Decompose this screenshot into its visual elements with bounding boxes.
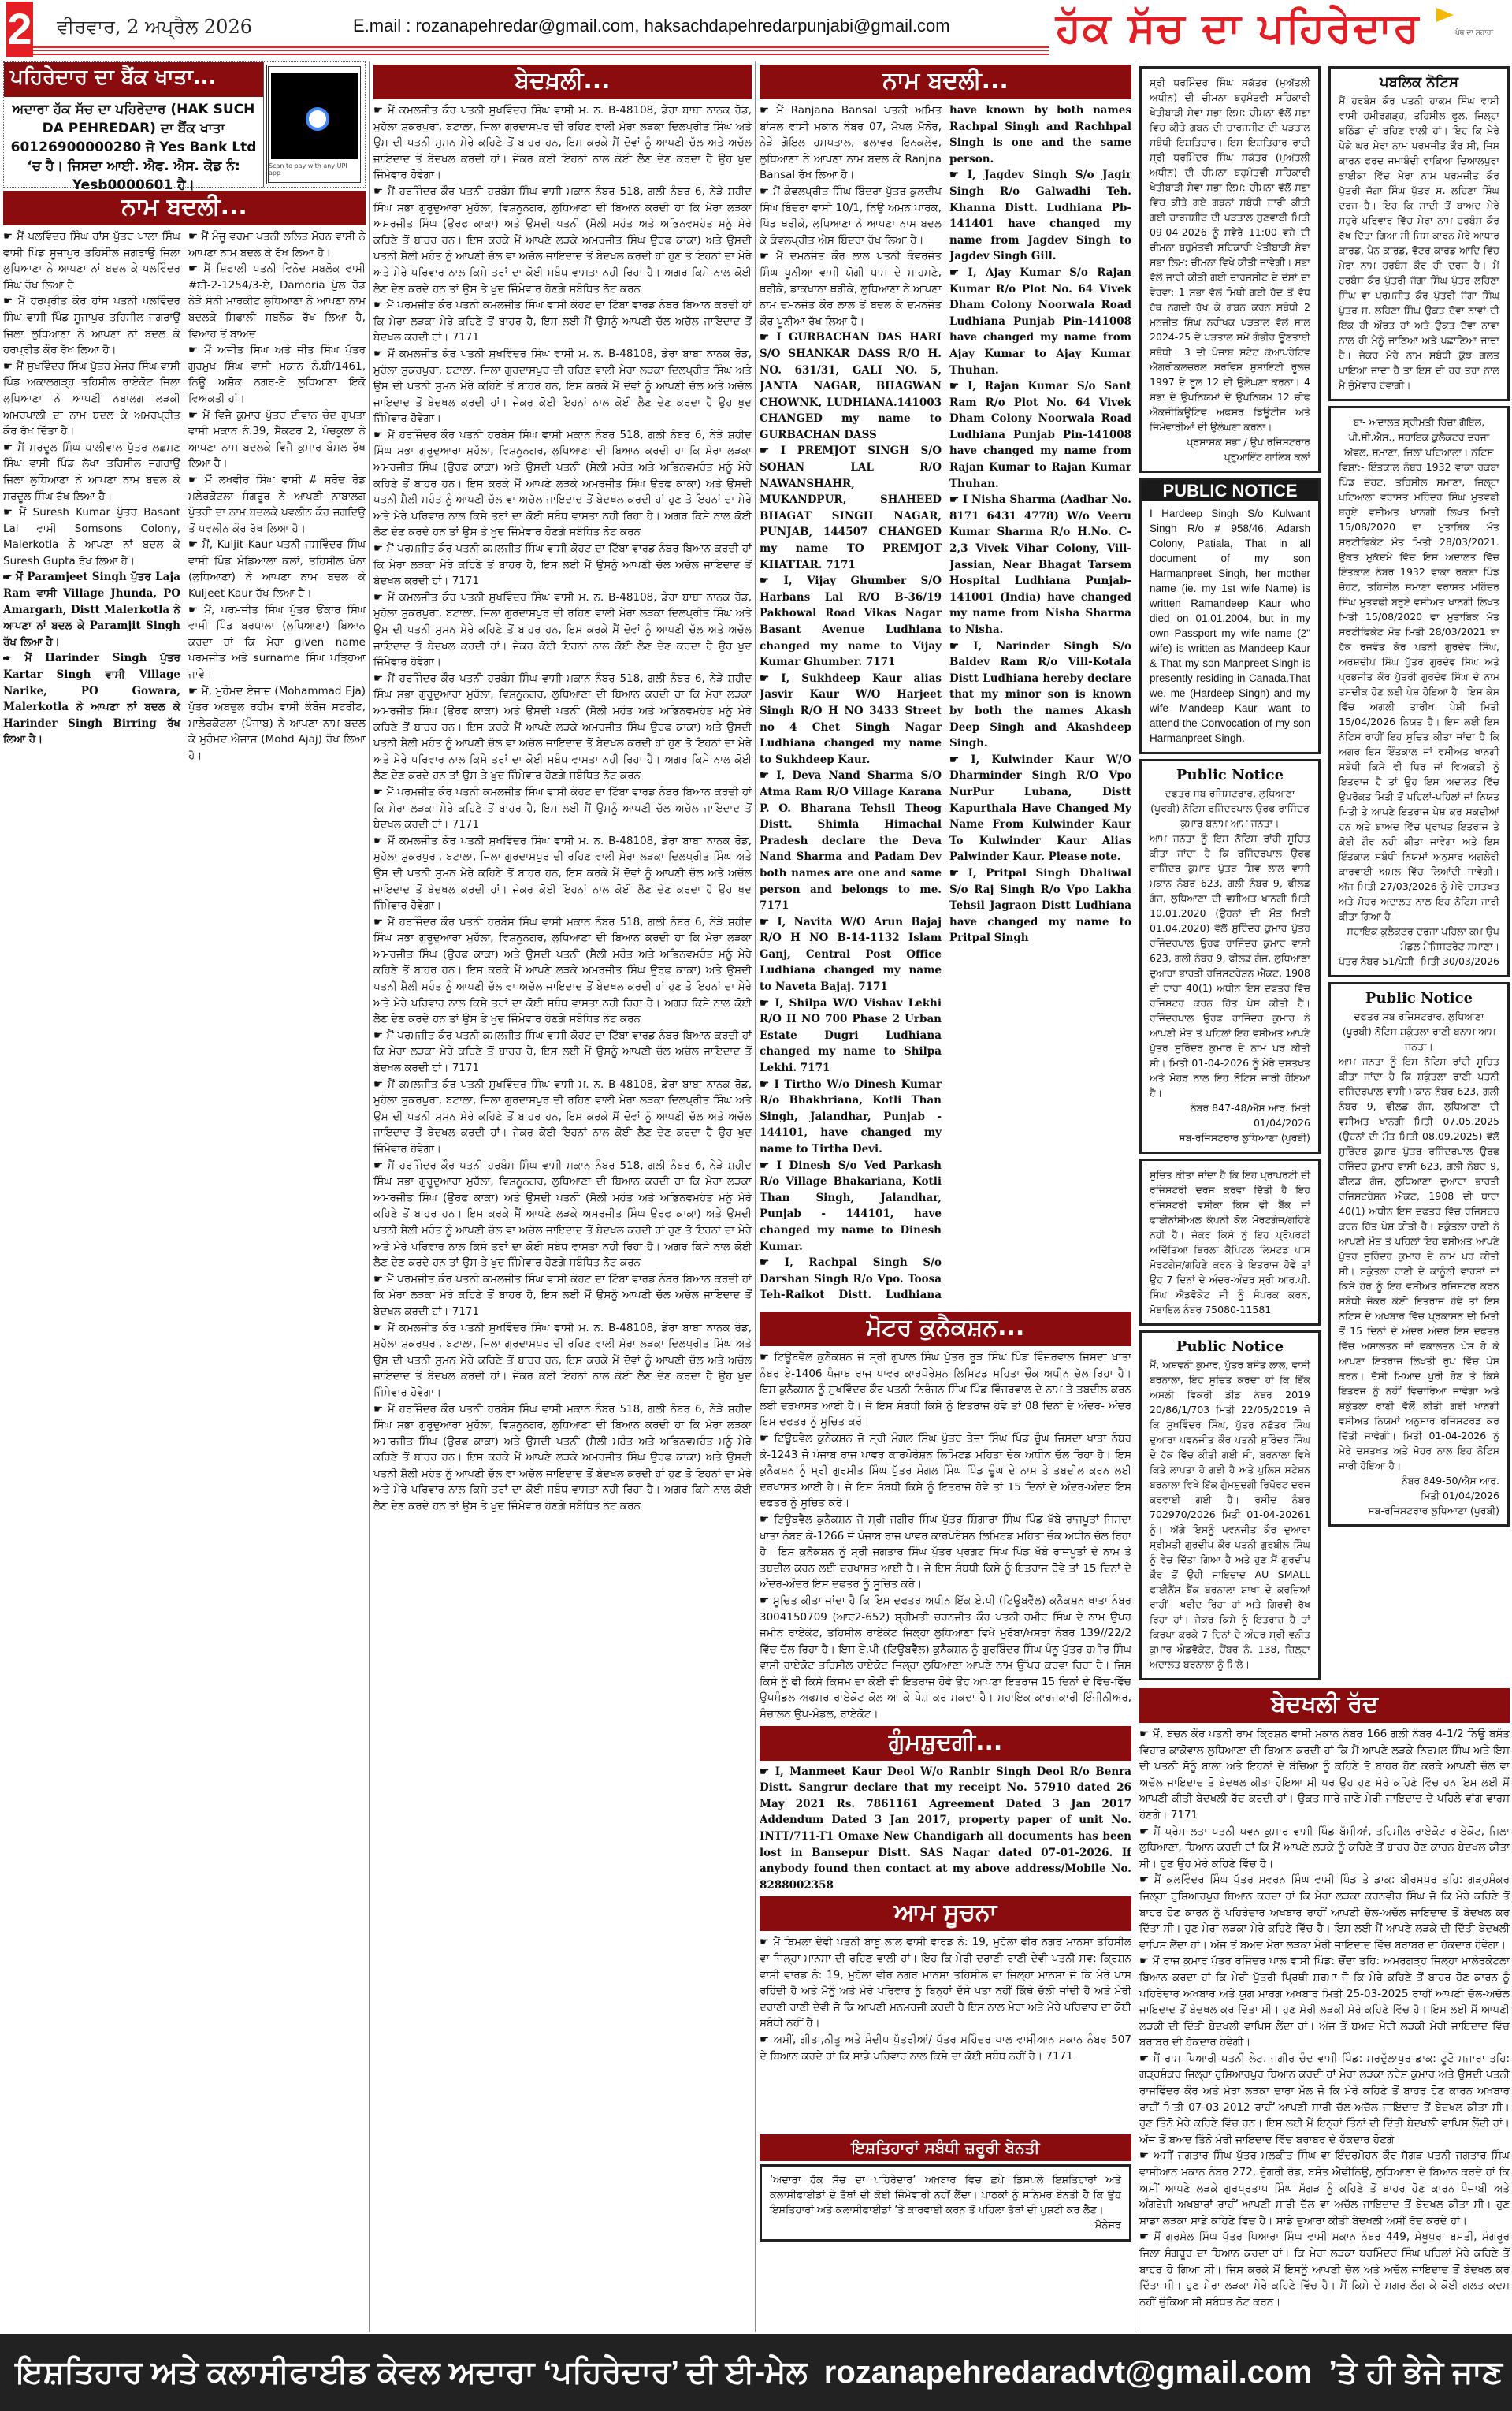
- bank-title: ਪਹਿਰੇਦਾਰ ਦਾ ਬੈਂਕ ਖਾਤਾ...: [4, 62, 263, 97]
- notice-text: ਮੈਂ, ਅਸ਼ਵਨੀ ਕੁਮਾਰ, ਪੁੱਤਰ ਬਸੰਤ ਲਾਲ, ਵਾਸੀ …: [1150, 1357, 1310, 1672]
- notices-grid: ਸ੍ਰੀ ਧਰਮਿੰਦਰ ਸਿੰਘ ਸਕੱਤਰ (ਮੁਅੱਤਲੀ ਅਧੀਨ) ਦ…: [1139, 61, 1510, 1685]
- section-header-general-notice: ਆਮ ਸੂਚਨਾ: [760, 1896, 1131, 1931]
- court-notice-ref: ਪੱਤਰ ਨੰਬਰ 51/ਪੇਸ਼ੀ: [1339, 954, 1414, 969]
- section-header-eviction: ਬੇਦਖ਼ਲੀ...: [373, 65, 752, 99]
- court-notice-head: ਬਾ- ਅਦਾਲਤ ਸ੍ਰੀਮਤੀ ਰਿਚਾ ਗੋਇਲ, ਪੀ.ਸੀ.ਐਸ., …: [1339, 415, 1499, 460]
- bank-account-box: ਪਹਿਰੇਦਾਰ ਦਾ ਬੈਂਕ ਖਾਤਾ... ਅਦਾਰਾ ਹੱਕ ਸੱਚ ਦ…: [3, 61, 366, 188]
- list-item: ਮੈਂ ਹਰਜਿੰਦਰ ਕੌਰ ਪਤਨੀ ਹਰਬੰਸ ਸਿੰਘ ਵਾਸੀ ਮਕਾ…: [373, 1401, 752, 1515]
- list-item: ਅਸੀਂ ਜਗਤਾਰ ਸਿੰਘ ਪੁੱਤਰ ਮਲਕੀਤ ਸਿੰਘ ਵਾ ਇੰਦਰ…: [1139, 2148, 1510, 2229]
- public-notice-barnala: Public Notice ਮੈਂ, ਅਸ਼ਵਨੀ ਕੁਮਾਰ, ਪੁੱਤਰ ਬ…: [1139, 1330, 1321, 1680]
- list-item: ਅਸੀਂ, ਗੀਤਾ,ਨੀਤੂ ਅਤੇ ਸੰਦੀਪ ਪੁੱਤਰੀਆਂ/ ਪੁੱਤ…: [760, 2032, 1131, 2064]
- list-item: ਮੈਂ ਕਮਲਜੀਤ ਕੌਰ ਪਤਨੀ ਸੁਖਵਿੰਦਰ ਸਿੰਘ ਵਾਸੀ ਮ…: [373, 590, 752, 671]
- notice-subtitle: ਦਫਤਰ ਸਬ ਰਜਿਸਟਰਾਰ, ਲੁਧਿਆਣਾ (ਪੂਰਬੀ) ਨੋਟਿਸ …: [1339, 1009, 1499, 1054]
- missing-list: I, Manmeet Kaur Deol W/o Ranbir Singh De…: [760, 1764, 1131, 1894]
- list-item: I, Navita W/O Arun Bajaj R/O H NO B-14-1…: [760, 914, 942, 995]
- list-item: ਮੈਂ, Kuljit Kaur ਪਤਨੀ ਜਸਵਿੰਦਰ ਸਿੰਘ ਵਾਸੀ …: [188, 537, 366, 601]
- list-item: I PREMJOT SINGH S/O SOHAN LAL R/O NAWANS…: [760, 443, 942, 573]
- list-item: ਮੈਂ ਹਰਪ੍ਰੀਤ ਕੌਰ ਹਾਂਸ ਪਤਨੀ ਪਲਵਿੰਦਰ ਸਿੰਘ ਵ…: [3, 293, 180, 358]
- notice-title: Public Notice: [1339, 991, 1499, 1006]
- court-notice-date: ਮਿਤੀ 30/03/2026: [1421, 954, 1499, 969]
- list-item: ਮੈਂ ਕਮਲਜੀਤ ਕੌਰ ਪਤਨੀ ਸੁਖਵਿੰਦਰ ਸਿੰਘ ਵਾਸੀ ਮ…: [373, 1077, 752, 1158]
- notice-title: ਪਬਲਿਕ ਨੋਟਿਸ: [1339, 75, 1499, 90]
- list-item: ਮੈਂ ਕੰਵਲਪ੍ਰੀਤ ਸਿੰਘ ਬਿੰਦਰਾ ਪੁੱਤਰ ਕੁਲਦੀਪ ਸ…: [760, 184, 942, 248]
- motor-connection-list: ਟਿਊਬਵੈਲ ਕੁਨੈਕਸ਼ਨ ਜੋ ਸ੍ਰੀ ਗੁਪਾਲ ਸਿੰਘ ਪੁੱਤ…: [760, 1349, 1131, 1723]
- list-item: ਮੈਂ ਸੁਖਵਿੰਦਰ ਸਿੰਘ ਪੁੱਤਰ ਮੇਜਰ ਸਿੰਘ ਵਾਸੀ ਪ…: [3, 359, 180, 440]
- footer-email-link[interactable]: rozanapehredaradvt@gmail.com: [824, 2355, 1312, 2390]
- list-item: ਮੈਂ Harinder Singh ਪੁੱਤਰ Kartar Singh ਵਾ…: [3, 650, 180, 748]
- name-change-list-2: ਮੈਂ Ranjana Bansal ਪਤਨੀ ਅਮਿਤ ਬਾਂਸਲ ਵਾਸੀ …: [760, 102, 1131, 1308]
- court-notice-sign: ਸਹਾਇਕ ਕੁਲੈਕਟਰ ਦਰਜਾ ਪਹਿਲਾ ਕਮ ਉਪ ਮੰਡਲ ਮੈਜਿ…: [1339, 924, 1499, 954]
- public-notice-heading: PUBLIC NOTICE: [1142, 480, 1318, 501]
- list-item: ਮੈਂ ਹਰਜਿੰਦਰ ਕੌਰ ਪਤਨੀ ਹਰਬੰਸ ਸਿੰਘ ਵਾਸੀ ਮਕਾ…: [373, 671, 752, 784]
- public-notice-shakuntla: Public Notice ਦਫਤਰ ਸਬ ਰਜਿਸਟਰਾਰ, ਲੁਧਿਆਣਾ …: [1328, 982, 1510, 1527]
- footer-text: ਇਸ਼ਤਿਹਾਰ ਅਤੇ ਕਲਾਸੀਫਾਈਡ ਕੇਵਲ ਅਦਾਰਾ ‘ਪਹਿਰੇ…: [16, 2355, 808, 2390]
- list-item: ਮੈਂ, ਬਚਨ ਕੌਰ ਪਤਨੀ ਰਾਮ ਕ੍ਰਿਸ਼ਨ ਵਾਸੀ ਮਕਾਨ …: [1139, 1726, 1510, 1824]
- eviction-cancel-list: ਮੈਂ, ਬਚਨ ਕੌਰ ਪਤਨੀ ਰਾਮ ਕ੍ਰਿਸ਼ਨ ਵਾਸੀ ਮਕਾਨ …: [1139, 1726, 1510, 2310]
- list-item: ਟਿਊਬਵੈਲ ਕੁਨੈਕਸ਼ਨ ਜੋ ਸ੍ਰੀ ਜਗੀਰ ਸਿੰਘ ਪੁੱਤਰ…: [760, 1512, 1131, 1593]
- list-item: I, Shilpa W/O Vishav Lekhi R/O H NO 700 …: [760, 995, 942, 1077]
- list-item: I, Deva Nand Sharma S/O Atma Ram R/O Vil…: [760, 768, 942, 913]
- page-number: 2: [6, 2, 33, 57]
- cooperative-notice-sign: ਪ੍ਰਸ਼ਾਸਕ ਸਭਾ / ਉਪ ਰਜਿਸਟਰਾਰ ਪ੍ਰੁਆਇੰਟ ਗਾਲਿ…: [1150, 434, 1310, 464]
- list-item: ਮੈਂ ਪਰਮਜੀਤ ਕੌਰ ਪਤਨੀ ਕਮਲਜੀਤ ਸਿੰਘ ਵਾਸੀ ਕੋਹ…: [373, 297, 752, 346]
- list-item: ਮੈਂ ਪਰਮਜੀਤ ਕੌਰ ਪਤਨੀ ਕਮਲਜੀਤ ਸਿੰਘ ਵਾਸੀ ਕੋਹ…: [373, 1028, 752, 1077]
- column-divider: [755, 61, 756, 2332]
- logo-text: ਹੱਕ ਸੱਚ ਦਾ ਪਹਿਰੇਦਾਰ: [1056, 5, 1421, 52]
- notice-subtitle: ਦਫਤਰ ਸਬ ਰਜਿਸਟਰਾਰ, ਲੁਧਿਆਣਾ (ਪੂਰਬੀ) ਨੋਟਿਸ …: [1150, 786, 1310, 831]
- list-item: I, Rajan Kumar S/o Sant Ram R/o Plot No.…: [949, 378, 1131, 492]
- column-4: ਸ੍ਰੀ ਧਰਮਿੰਦਰ ਸਿੰਘ ਸਕੱਤਰ (ਮੁਅੱਤਲੀ ਅਧੀਨ) ਦ…: [1139, 61, 1510, 2332]
- list-item: ਮੈਂ ਅਜੀਤ ਸਿੰਘ ਅਤੇ ਜੀਤ ਸਿੰਘ ਪੁੱਤਰ ਗੁਰਮੁਖ …: [188, 342, 366, 407]
- list-item: ਮੈਂ ਦਮਨਜੋਤ ਕੌਰ ਲਾਲ ਪਤਨੀ ਕੰਵਰਜੋਤ ਸਿੰਘ ਪੂਨ…: [760, 248, 942, 329]
- list-item: ਮੈਂ ਹਰਜਿੰਦਰ ਕੌਰ ਪਤਨੀ ਹਰਬੰਸ ਸਿੰਘ ਵਾਸੀ ਮਕਾ…: [373, 184, 752, 297]
- list-item: ਮੈਂ, ਮੁਹੰਮਦ ਏਜਾਜ਼ (Mohammad Eja) ਪੁੱਤਰ ਅ…: [188, 683, 366, 765]
- column-2: ਬੇਦਖ਼ਲੀ... ਮੈਂ ਕਮਲਜੀਤ ਕੌਰ ਪਤਨੀ ਸੁਖਵਿੰਦਰ …: [373, 61, 752, 2332]
- section-header-ad-request: ਇਸ਼ਤਿਹਾਰਾਂ ਸਬੰਧੀ ਜ਼ਰੂਰੀ ਬੇਨਤੀ: [760, 2134, 1131, 2161]
- name-change-list: ਮੈਂ ਪਲਵਿੰਦਰ ਸਿੰਘ ਹਾਂਸ ਪੁੱਤਰ ਪਾਲਾ ਸਿੰਘ ਵਾ…: [3, 229, 366, 765]
- list-item: I Dinesh S/o Ved Parkash R/o Village Bha…: [760, 1158, 942, 1256]
- public-notice-english: PUBLIC NOTICE I Hardeep Singh S/o Kulwan…: [1139, 478, 1321, 754]
- general-notice-list: ਮੈਂ ਬਿਮਲਾ ਦੇਵੀ ਪਤਨੀ ਬਾਬੂ ਲਾਲ ਵਾਸੀ ਵਾਰਡ ਨ…: [760, 1934, 1131, 2131]
- section-header-eviction-cancel: ਬੇਦਖਲੀ ਰੱਦ: [1139, 1688, 1510, 1723]
- list-item: ਮੈਂ Suresh Kumar ਪੁੱਤਰ Basant Lal ਵਾਸੀ S…: [3, 504, 180, 569]
- list-item: ਮੈਂ ਹਰਜਿੰਦਰ ਕੌਰ ਪਤਨੀ ਹਰਬੰਸ ਸਿੰਘ ਵਾਸੀ ਮਕਾ…: [373, 914, 752, 1028]
- flag-icon: [1436, 8, 1454, 32]
- masthead: 2 ਵੀਰਵਾਰ, 2 ਅਪ੍ਰੈਲ 2026 E.mail : rozanap…: [0, 0, 1512, 57]
- list-item: ਮੈਂ ਹਰਜਿੰਦਰ ਕੌਰ ਪਤਨੀ ਹਰਬੰਸ ਸਿੰਘ ਵਾਸੀ ਮਕਾ…: [373, 427, 752, 541]
- masthead-rule: [33, 46, 1049, 55]
- list-item: I, Manmeet Kaur Deol W/o Ranbir Singh De…: [760, 1764, 1131, 1894]
- logo-tagline: ਪੰਥ ਦਾ ਸਹਾਰਾ: [1455, 6, 1493, 60]
- list-item: I, Jagdev Singh S/o Jagir Singh R/o Galw…: [949, 167, 1131, 265]
- eviction-list: ਮੈਂ ਕਮਲਜੀਤ ਕੌਰ ਪਤਨੀ ਸੁਖਵਿੰਦਰ ਸਿੰਘ ਵਾਸੀ ਮ…: [373, 102, 752, 1515]
- notice-ref: ਨੰਬਰ 847-48/ਐਸ ਆਰ. ਮਿਤੀ 01/04/2026: [1150, 1100, 1310, 1130]
- cooperative-notice-text: ਸ੍ਰੀ ਧਰਮਿੰਦਰ ਸਿੰਘ ਸਕੱਤਰ (ਮੁਅੱਤਲੀ ਅਧੀਨ) ਦ…: [1150, 75, 1310, 434]
- list-item: I, Narinder Singh S/o Baldev Ram R/o Vil…: [949, 638, 1131, 752]
- list-item: ਮੈਂ ਕਮਲਜੀਤ ਕੌਰ ਪਤਨੀ ਸੁਖਵਿੰਦਰ ਸਿੰਘ ਵਾਸੀ ਮ…: [373, 102, 752, 184]
- list-item: ਮੈਂ ਸ਼ਿਫਾਲੀ ਪਤਨੀ ਵਿਨੋਦ ਸਬਲੋਕ ਵਾਸੀ #ਬੀ-2-…: [188, 261, 366, 342]
- list-item: I GURBACHAN DAS HARI S/O SHANKAR DASS R/…: [760, 329, 942, 443]
- notice-text: ਆਮ ਜਨਤਾ ਨੂੰ ਇਸ ਨੋਟਿਸ ਰਾਂਹੀ ਸੂਚਿਤ ਕੀਤਾ ਜਾ…: [1339, 1054, 1499, 1473]
- list-item: ਮੈਂ ਰਾਜ ਕੁਮਾਰ ਪੁੱਤਰ ਰਜਿੰਦਰ ਪਾਲ ਵਾਸੀ ਪਿੰਡ…: [1139, 1953, 1510, 2051]
- newspaper-logo: ਹੱਕ ਸੱਚ ਦਾ ਪਹਿਰੇਦਾਰ ਪੰਥ ਦਾ ਸਹਾਰਾ: [1056, 2, 1509, 55]
- list-item: ਮੈਂ ਪਰਮਜੀਤ ਕੌਰ ਪਤਨੀ ਕਮਲਜੀਤ ਸਿੰਘ ਵਾਸੀ ਕੋਹ…: [373, 541, 752, 590]
- column-1: ਪਹਿਰੇਦਾਰ ਦਾ ਬੈਂਕ ਖਾਤਾ... ਅਦਾਰਾ ਹੱਕ ਸੱਚ ਦ…: [3, 61, 366, 2332]
- list-item: ਸੂਚਿਤ ਕੀਤਾ ਜਾਂਦਾ ਹੈ ਕਿ ਇਸ ਦਫਤਰ ਅਧੀਨ ਇੱਕ …: [760, 1593, 1131, 1723]
- column-3: ਨਾਮ ਬਦਲੀ... ਮੈਂ Ranjana Bansal ਪਤਨੀ ਅਮਿਤ…: [760, 61, 1131, 2332]
- issue-date: ਵੀਰਵਾਰ, 2 ਅਪ੍ਰੈਲ 2026: [57, 16, 252, 38]
- public-notice-punjabi: ਪਬਲਿਕ ਨੋਟਿਸ ਮੈਂ ਹਰਬੰਸ ਕੌਰ ਪਤਨੀ ਹਾਕਮ ਸਿੰਘ…: [1328, 66, 1510, 401]
- list-item: ਮੈਂ ਕੁਲਵਿੰਦਰ ਸਿੰਘ ਪੁੱਤਰ ਸਵਰਨ ਸਿੰਘ ਵਾਸੀ ਪ…: [1139, 1872, 1510, 1953]
- notice-text: ਆਮ ਜਨਤਾ ਨੂੰ ਇਸ ਨੋਟਿਸ ਰਾਂਹੀ ਸੂਚਿਤ ਕੀਤਾ ਜਾ…: [1150, 831, 1310, 1100]
- contact-emails: E.mail : rozanapehredar@gmail.com, haksa…: [353, 16, 950, 36]
- notice-title: Public Notice: [1150, 768, 1310, 783]
- court-notice-samana: ਬਾ- ਅਦਾਲਤ ਸ੍ਰੀਮਤੀ ਰਿਚਾ ਗੋਇਲ, ਪੀ.ਸੀ.ਐਸ., …: [1328, 406, 1510, 977]
- column-divider: [369, 61, 370, 2332]
- list-item: ਮੈਂ ਕਮਲਜੀਤ ਕੌਰ ਪਤਨੀ ਸੁਖਵਿੰਦਰ ਸਿੰਘ ਵਾਸੀ ਮ…: [373, 833, 752, 914]
- notice-sign: ਸਬ-ਰਜਿਸਟਰਾਰ ਲੁਧਿਆਣਾ (ਪੂਰਬੀ): [1150, 1130, 1310, 1145]
- list-item: ਮੈਂ ਕਮਲਜੀਤ ਕੌਰ ਪਤਨੀ ਸੁਖਵਿੰਦਰ ਸਿੰਘ ਵਾਸੀ ਮ…: [373, 346, 752, 427]
- notice-title: Public Notice: [1150, 1339, 1310, 1354]
- list-item: ਟਿਊਬਵੈਲ ਕੁਨੈਕਸ਼ਨ ਜੋ ਸ੍ਰੀ ਗੁਪਾਲ ਸਿੰਘ ਪੁੱਤ…: [760, 1349, 1131, 1431]
- list-item: I Tirtho W/o Dinesh Kumar R/o Bhakhriana…: [760, 1077, 942, 1158]
- notice-sign: ਸਬ-ਰਜਿਸਟਰਾਰ ਲੁਧਿਆਣਾ (ਪੂਰਬੀ): [1339, 1503, 1499, 1518]
- ad-request-sign: ਮੈਨੇਜਰ: [770, 2218, 1121, 2233]
- list-item: I Nisha Sharma (Aadhar No. 8171 6431 477…: [949, 492, 1131, 638]
- list-item: ਮੈਂ ਸਰਦੂਲ ਸਿੰਘ ਧਾਲੀਵਾਲ ਪੁੱਤਰ ਲਛਮਣ ਸਿੰਘ ਵ…: [3, 440, 180, 504]
- list-item: ਮੈਂ ਮੰਜੂ ਵਰਮਾ ਪਤਨੀ ਲਲਿਤ ਮੋਹਨ ਵਾਸੀ ਨੇ ਆਪਣ…: [188, 229, 366, 261]
- list-item: ਮੈਂ ਪ੍ਰੇਮ ਲਤਾ ਪਤਨੀ ਪਵਨ ਕੁਮਾਰ ਵਾਸੀ ਪਿੰਡ ਬ…: [1139, 1824, 1510, 1873]
- bank-details: ਅਦਾਰਾ ਹੱਕ ਸੱਚ ਦਾ ਪਹਿਰੇਦਾਰ (HAK SUCH DA P…: [4, 97, 263, 198]
- list-item: ਮੈਂ ਕਮਲਜੀਤ ਕੌਰ ਪਤਨੀ ਸੁਖਵਿੰਦਰ ਸਿੰਘ ਵਾਸੀ ਮ…: [373, 1320, 752, 1401]
- ad-request-text: ‘ਅਦਾਰਾ ਹੱਕ ਸੱਚ ਦਾ ਪਹਿਰੇਦਾਰ’ ਅਖ਼ਬਾਰ ਵਿਚ ਛ…: [770, 2173, 1121, 2218]
- public-notice-aditya: ਸੂਚਿਤ ਕੀਤਾ ਜਾਂਦਾ ਹੈ ਕਿ ਇਹ ਪ੍ਰਾਪਰਟੀ ਦੀ ਰਜ…: [1139, 1159, 1321, 1326]
- section-header-motor-connection: ਮੋਟਰ ਕੁਨੈਕਸ਼ਨ...: [760, 1312, 1131, 1346]
- notice-ref: ਨੰਬਰ 849-50/ਐਸ ਆਰ.: [1339, 1473, 1499, 1488]
- list-item: ਮੈਂ ਪਰਮਜੀਤ ਕੌਰ ਪਤਨੀ ਕਮਲਜੀਤ ਸਿੰਘ ਵਾਸੀ ਕੋਹ…: [373, 784, 752, 833]
- notice-text: ਮੈਂ ਹਰਬੰਸ ਕੌਰ ਪਤਨੀ ਹਾਕਮ ਸਿੰਘ ਵਾਸੀ ਵਾਸੀ ਹ…: [1339, 93, 1499, 393]
- upi-qr-code[interactable]: Scan to pay with any UPI app: [266, 65, 362, 184]
- section-header-missing: ਗੁੰਮਸ਼ੁਦਗੀ...: [760, 1726, 1131, 1761]
- qr-caption: Scan to pay with any UPI app: [269, 162, 360, 177]
- notice-text: ਸੂਚਿਤ ਕੀਤਾ ਜਾਂਦਾ ਹੈ ਕਿ ਇਹ ਪ੍ਰਾਪਰਟੀ ਦੀ ਰਜ…: [1150, 1167, 1310, 1317]
- public-notice-rajinderpal: Public Notice ਦਫਤਰ ਸਬ ਰਜਿਸਟਰਾਰ, ਲੁਧਿਆਣਾ …: [1139, 759, 1321, 1154]
- footer-banner: ਇਸ਼ਤਿਹਾਰ ਅਤੇ ਕਲਾਸੀਫਾਈਡ ਕੇਵਲ ਅਦਾਰਾ ‘ਪਹਿਰੇ…: [0, 2334, 1512, 2411]
- section-header-name-change-2: ਨਾਮ ਬਦਲੀ...: [760, 65, 1131, 99]
- public-notice-text: I Hardeep Singh S/o Kulwant Singh R/o # …: [1150, 506, 1310, 746]
- list-item: ਮੈਂ Paramjeet Singh ਪੁੱਤਰ Laja Ram ਵਾਸੀ …: [3, 569, 180, 650]
- footer-text-end: ’ਤੇ ਹੀ ਭੇਜੇ ਜਾਣ।: [1328, 2355, 1512, 2390]
- list-item: ਟਿਊਬਵੈਲ ਕੁਨੈਕਸ਼ਨ ਜੋ ਸ੍ਰੀ ਮੰਗਲ ਸਿੰਘ ਪੁੱਤਰ…: [760, 1431, 1131, 1512]
- column-divider: [1135, 61, 1135, 2332]
- list-item: ਮੈਂ ਪਰਮਜੀਤ ਕੌਰ ਪਤਨੀ ਕਮਲਜੀਤ ਸਿੰਘ ਵਾਸੀ ਕੋਹ…: [373, 1271, 752, 1320]
- court-notice-text: ਵਿਸ਼ਾ:- ਇੰਤਕਾਲ ਨੰਬਰ 1932 ਵਾਕਾ ਰਕਬਾ ਪਿੰਡ …: [1339, 460, 1499, 924]
- list-item: ਮੈਂ ਲਖਵੀਰ ਸਿੰਘ ਵਾਸੀ # ਸਰੋਦ ਰੋਡ ਮਲੇਰਕੋਟਲਾ…: [188, 472, 366, 537]
- list-item: I, Ajay Kumar S/o Rajan Kumar R/o Plot N…: [949, 265, 1131, 378]
- list-item: ਮੈਂ ਹਰਜਿੰਦਰ ਕੌਰ ਪਤਨੀ ਹਰਬੰਸ ਸਿੰਘ ਵਾਸੀ ਮਕਾ…: [373, 1158, 752, 1271]
- qr-code-icon: [271, 73, 358, 159]
- notice-date: ਮਿਤੀ 01/04/2026: [1339, 1488, 1499, 1503]
- list-item: ਮੈਂ ਰਾਮ ਪਿਆਰੀ ਪਤਨੀ ਲੇਟ. ਜਗੀਰ ਚੰਦ ਵਾਸੀ ਪਿ…: [1139, 2051, 1510, 2149]
- cooperative-notice: ਸ੍ਰੀ ਧਰਮਿੰਦਰ ਸਿੰਘ ਸਕੱਤਰ (ਮੁਅੱਤਲੀ ਅਧੀਨ) ਦ…: [1139, 66, 1321, 473]
- list-item: ਮੈਂ, ਪਰਮਜੀਤ ਸਿੰਘ ਪੁੱਤਰ ਓਂਕਾਰ ਸਿੰਘ ਵਾਸੀ ਪ…: [188, 602, 366, 683]
- list-item: ਮੈਂ ਵਿਜੈ ਕੁਮਾਰ ਪੁੱਤਰ ਦੀਵਾਨ ਚੰਦ ਗੁਪਤਾ ਵਾਸ…: [188, 407, 366, 472]
- list-item: I, Sukhdeep Kaur alias Jasvir Kaur W/O H…: [760, 671, 942, 768]
- list-item: ਮੈਂ ਗੁਰਮੇਲ ਸਿੰਘ ਪੁੱਤਰ ਪਿਆਰਾ ਸਿੰਘ ਵਾਸੀ ਮਕ…: [1139, 2229, 1510, 2310]
- list-item: I, Pritpal Singh Dhaliwal S/o Raj Singh …: [949, 865, 1131, 947]
- list-item: ਮੈਂ Ranjana Bansal ਪਤਨੀ ਅਮਿਤ ਬਾਂਸਲ ਵਾਸੀ …: [760, 102, 942, 184]
- list-item: ਮੈਂ ਪਲਵਿੰਦਰ ਸਿੰਘ ਹਾਂਸ ਪੁੱਤਰ ਪਾਲਾ ਸਿੰਘ ਵਾ…: [3, 229, 180, 293]
- list-item: I, Vijay Ghumber S/O Harbans Lal R/O B-3…: [760, 573, 942, 671]
- list-item: ਮੈਂ ਬਿਮਲਾ ਦੇਵੀ ਪਤਨੀ ਬਾਬੂ ਲਾਲ ਵਾਸੀ ਵਾਰਡ ਨ…: [760, 1934, 1131, 2032]
- list-item: I, Kulwinder Kaur W/O Dharminder Singh R…: [949, 752, 1131, 865]
- ad-request-box: ‘ਅਦਾਰਾ ਹੱਕ ਸੱਚ ਦਾ ਪਹਿਰੇਦਾਰ’ ਅਖ਼ਬਾਰ ਵਿਚ ਛ…: [760, 2164, 1131, 2242]
